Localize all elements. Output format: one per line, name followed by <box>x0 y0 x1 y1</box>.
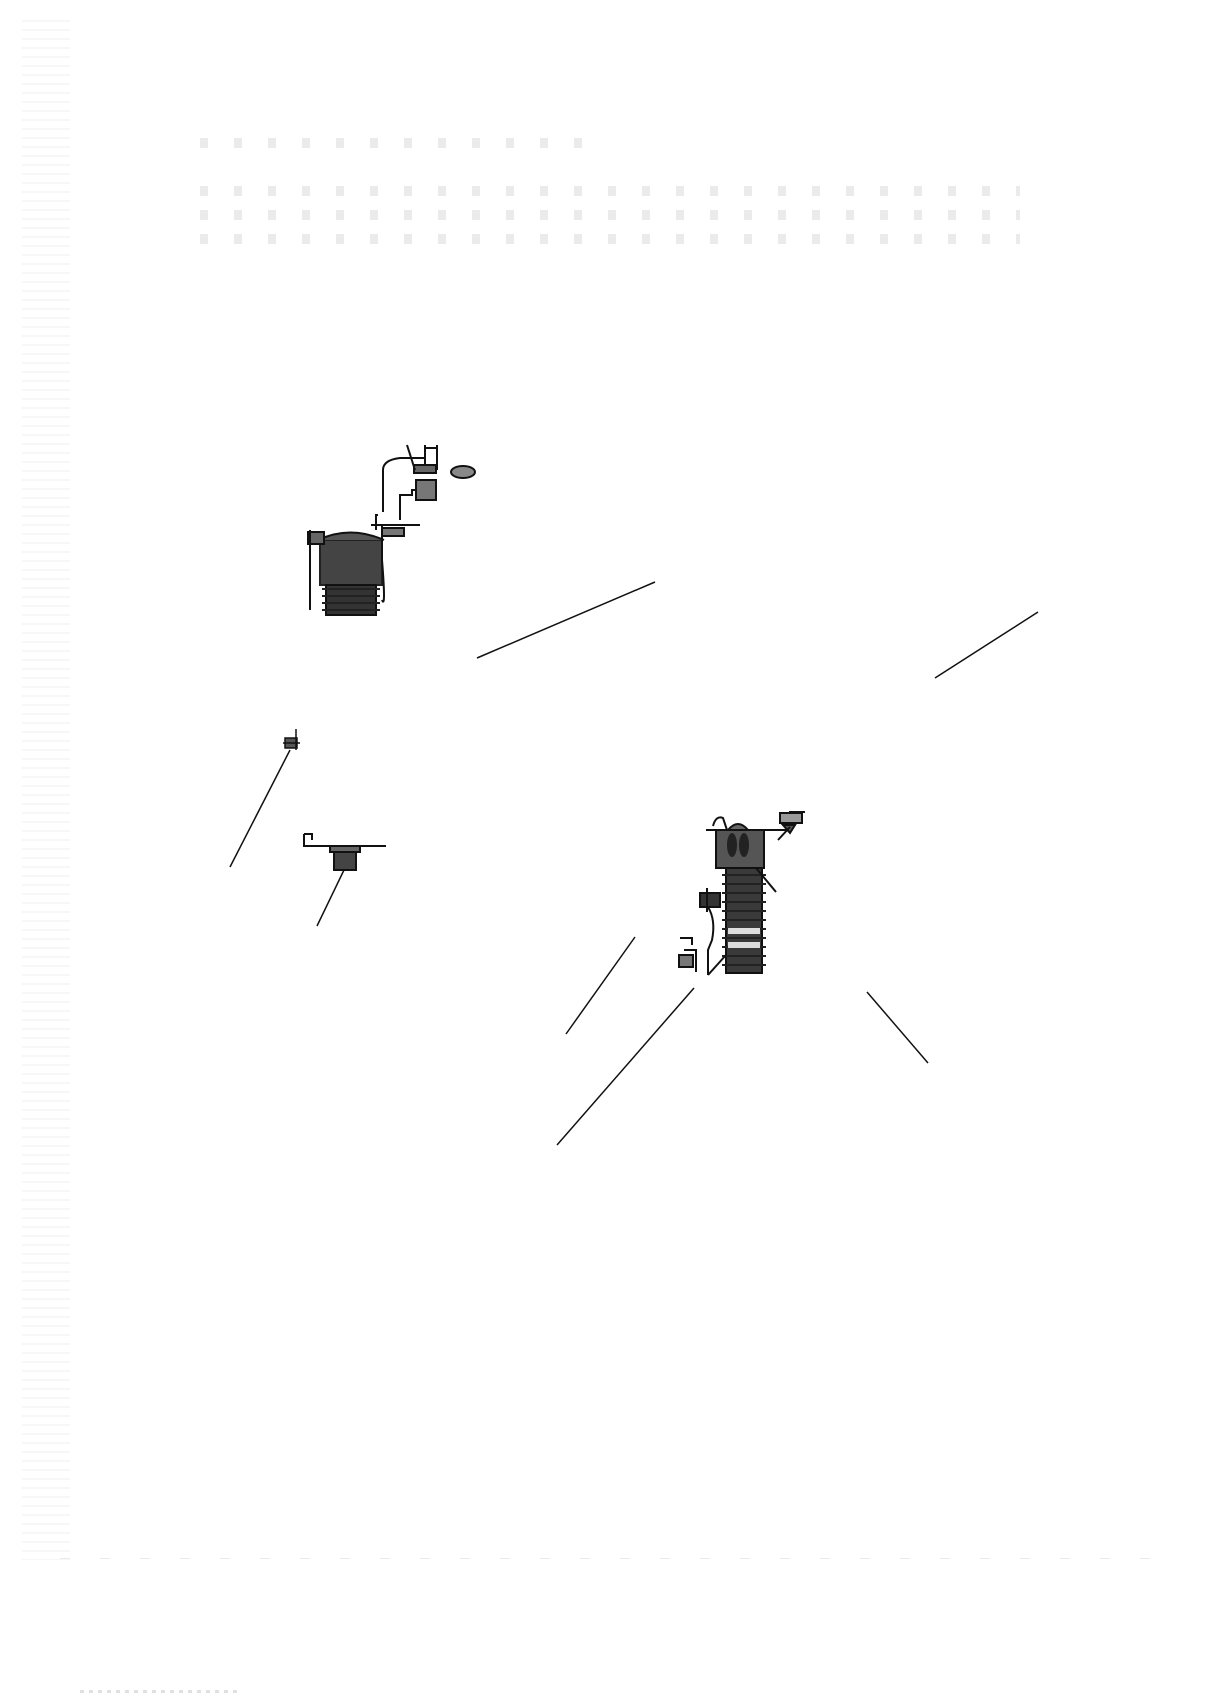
leader-line <box>317 870 344 926</box>
leader-line <box>566 937 635 1034</box>
left-small-component <box>283 729 300 750</box>
faded-footer-text <box>80 1690 240 1693</box>
left-bracket-component <box>304 834 386 870</box>
leader-line <box>867 992 928 1063</box>
faded-border-line <box>60 1558 1180 1559</box>
upper-left-apparatus <box>308 445 475 615</box>
leader-line <box>935 612 1038 678</box>
technical-drawing <box>0 0 1211 1697</box>
leader-line <box>230 750 290 867</box>
right-insulated-column-apparatus <box>679 812 805 975</box>
leader-line <box>557 988 694 1145</box>
document-page <box>0 0 1211 1697</box>
leader-line <box>477 582 655 658</box>
